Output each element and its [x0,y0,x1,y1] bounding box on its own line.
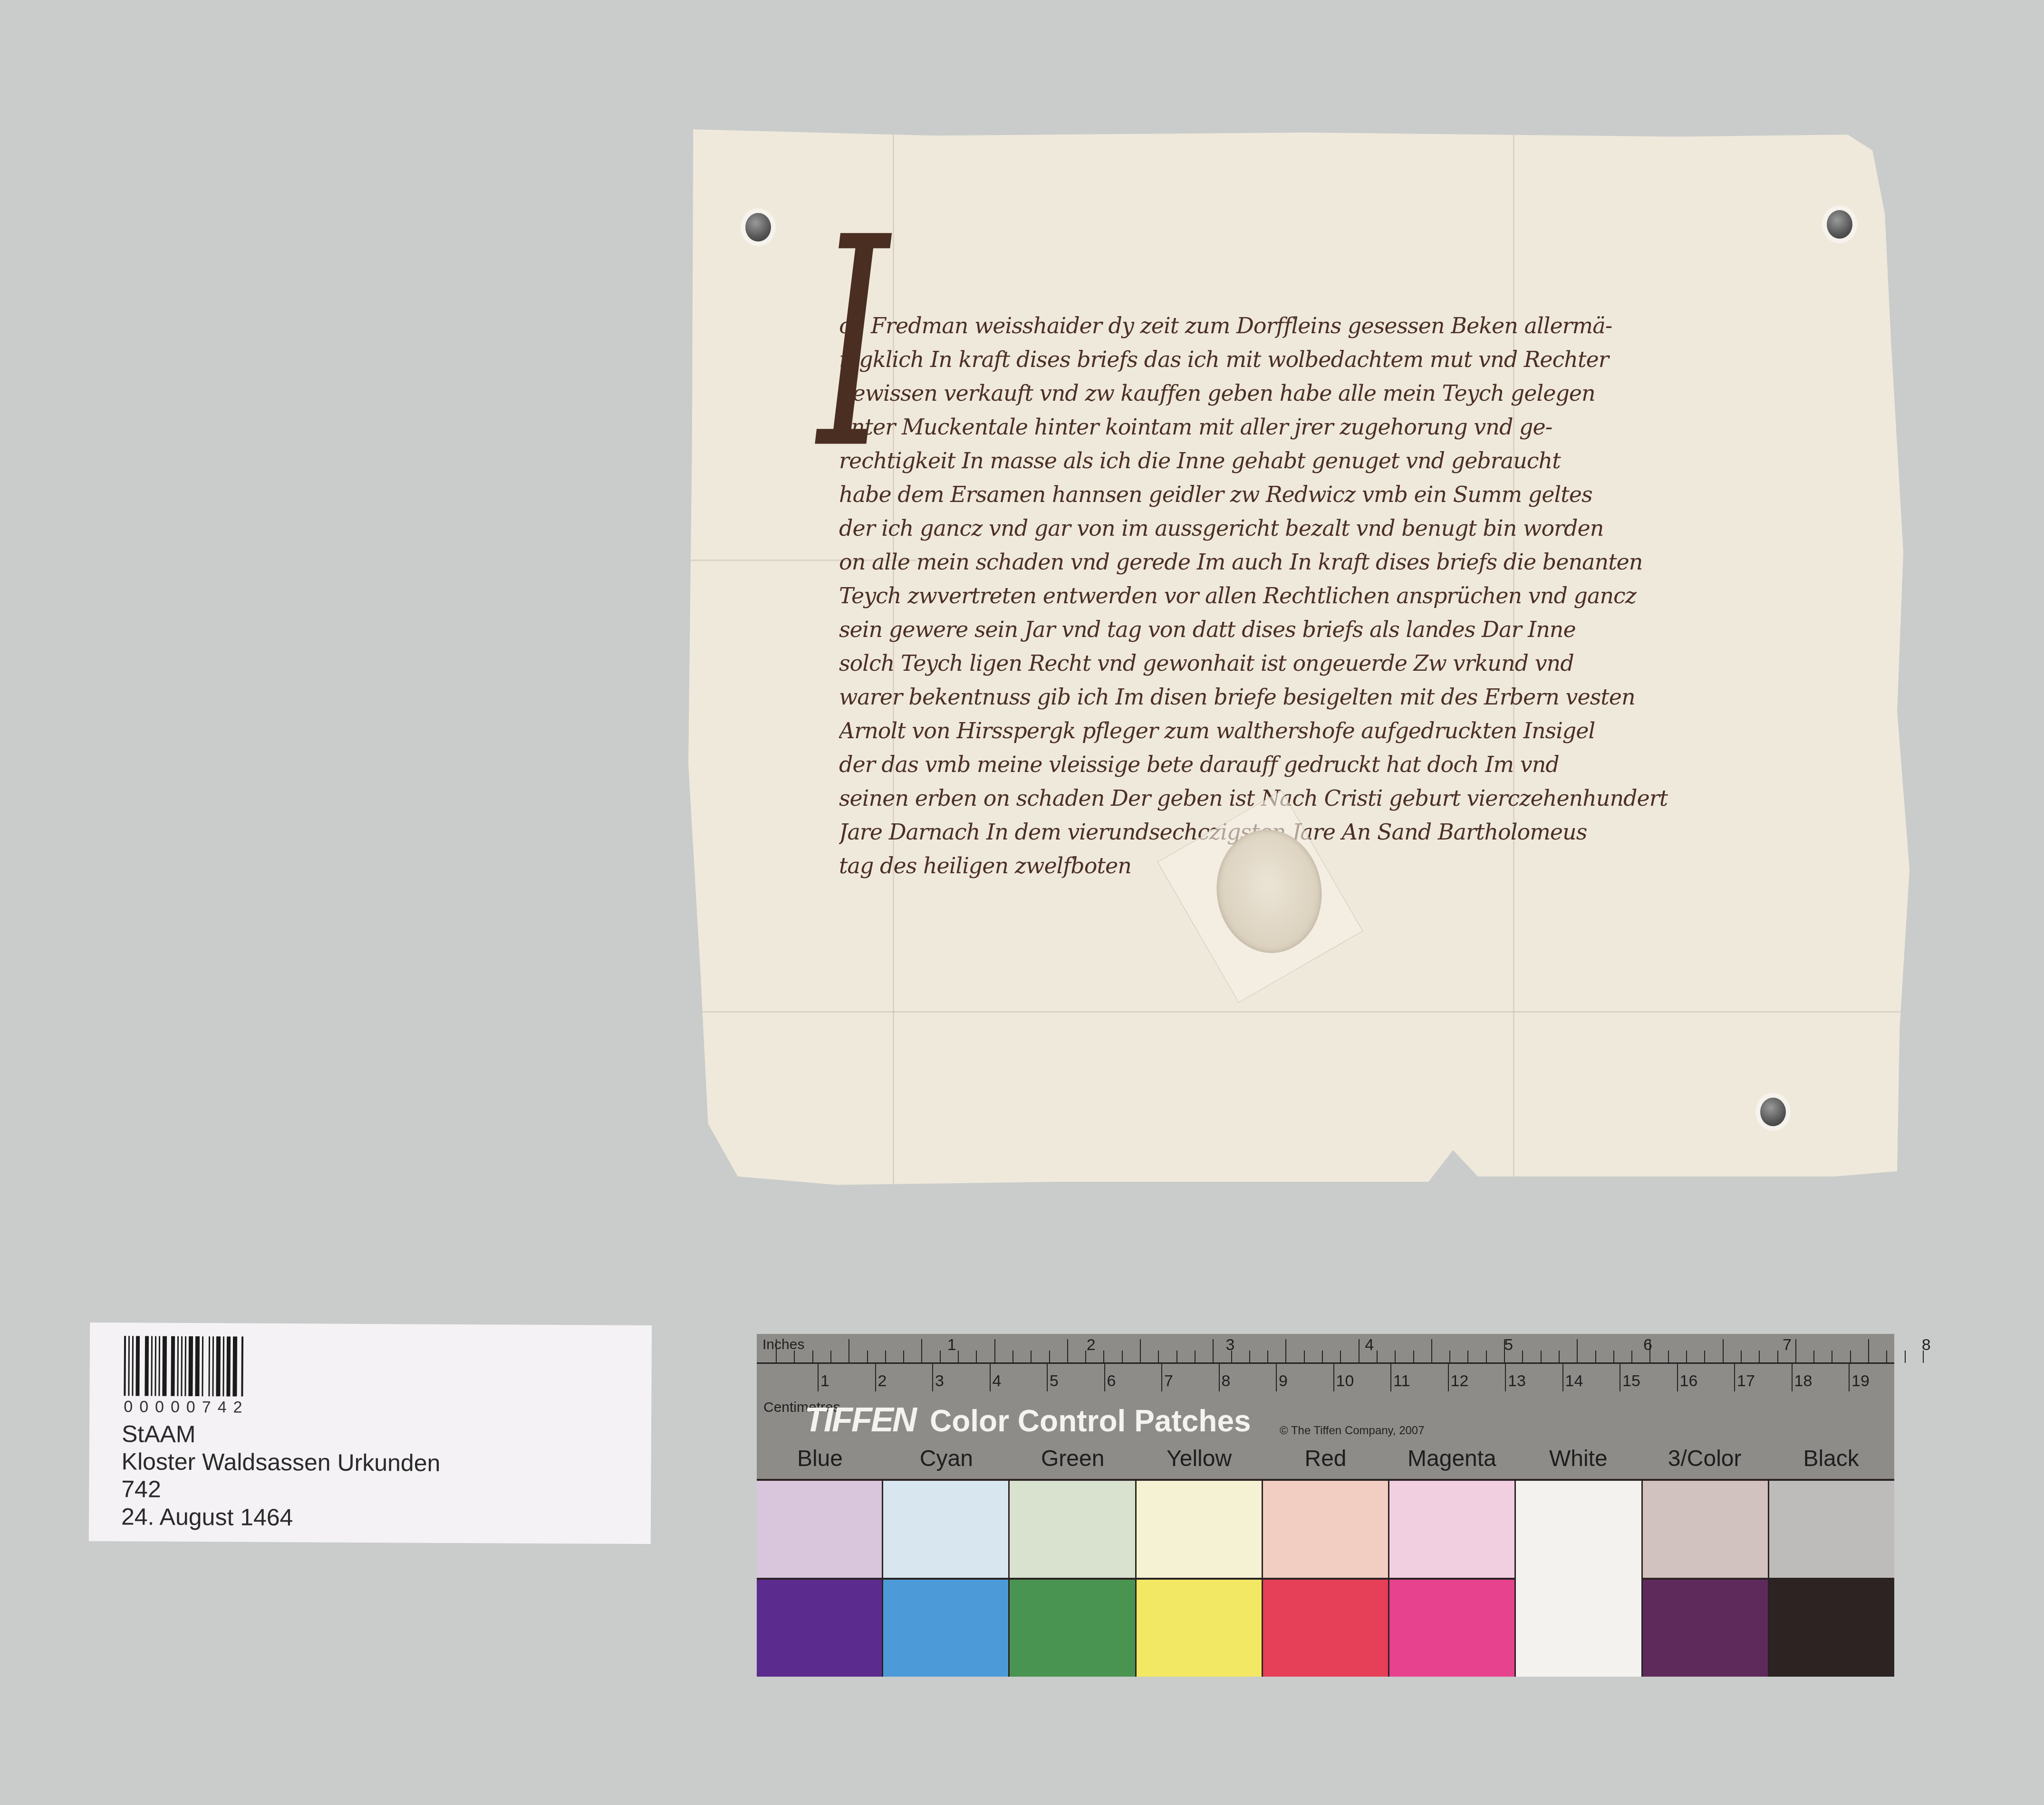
inch-tick [1359,1339,1359,1363]
cm-tick-label: 14 [1565,1372,1583,1390]
inch-tick [994,1339,995,1363]
text-line: on alle mein schaden vnd gerede Im auch … [839,545,1894,579]
ruler: Inches 123456781234567891011121314151617… [757,1334,1894,1396]
light-patch [883,1481,1008,1580]
patch-label: Magenta [1388,1446,1515,1472]
inch-tick [1231,1351,1232,1363]
inch-tick [1868,1339,1869,1363]
cm-tick [818,1364,819,1391]
light-patch [1516,1481,1641,1579]
inch-tick [867,1351,868,1363]
cm-tick-label: 7 [1164,1372,1173,1390]
cm-tick-label: 5 [1050,1372,1059,1390]
text-line: Teych zwvertreten entwerden vor allen Re… [839,579,1894,613]
patch-column [1010,1481,1136,1677]
cm-tick [1219,1364,1220,1391]
inch-tick [1850,1351,1851,1363]
cm-tick-label: 18 [1794,1372,1813,1390]
patch-labels: Blue Cyan Green Yellow Red Magenta White… [757,1446,1894,1472]
inch-tick [1595,1351,1596,1363]
barcode-number: 00000742 [124,1398,223,1417]
inch-tick [1686,1351,1687,1363]
light-patch [1389,1481,1514,1580]
patch-column [883,1481,1010,1677]
document-number: 742 [121,1475,440,1505]
cm-tick-label: 12 [1451,1372,1469,1390]
inch-tick [1631,1351,1632,1363]
inch-tick [1085,1351,1086,1363]
inch-tick [1613,1351,1614,1363]
patch-column [1137,1481,1263,1677]
patch-column [1516,1481,1642,1677]
patch-column [1389,1481,1516,1677]
text-line: seinen erben on schaden Der geben ist Na… [839,782,1894,815]
inch-tick [1777,1351,1778,1363]
cm-tick-label: 10 [1336,1372,1354,1390]
saturated-patch [1010,1580,1135,1677]
cm-tick [932,1364,933,1391]
cm-tick-label: 2 [878,1372,887,1390]
inch-tick [1649,1339,1650,1363]
inch-tick-label: 3 [1226,1336,1235,1354]
light-patch [1769,1481,1894,1580]
color-patches [757,1479,1894,1677]
color-control-chart: Inches 123456781234567891011121314151617… [757,1334,1894,1675]
inch-tick-label: 6 [1643,1336,1652,1354]
saturated-patch [1263,1580,1388,1677]
inch-tick [1467,1351,1468,1363]
inch-tick [776,1339,777,1363]
cm-tick [1620,1364,1620,1391]
inch-tick-label: 2 [1087,1336,1096,1354]
patch-column [1769,1481,1894,1677]
document-date: 24. August 1464 [121,1503,440,1532]
light-patch [1643,1481,1768,1580]
magnet-pin-icon [745,213,771,241]
inches-label: Inches [762,1337,804,1353]
light-patch [1137,1481,1262,1580]
cm-tick [1792,1364,1793,1391]
text-line: rechtigkeit In masse als ich die Inne ge… [839,444,1894,478]
saturated-patch [1643,1580,1768,1677]
patch-label: 3/Color [1641,1446,1768,1472]
saturated-patch [883,1580,1008,1677]
inch-tick [1031,1351,1032,1363]
inch-tick [1431,1339,1432,1363]
inch-tick-label: 1 [947,1336,956,1354]
cm-tick [1505,1364,1506,1391]
inch-tick [1741,1351,1742,1363]
cm-tick [1562,1364,1563,1391]
text-line: Arnolt von Hirsspergk pfleger zum walthe… [839,714,1894,748]
inch-tick [903,1351,904,1363]
inch-tick [1304,1351,1305,1363]
patch-label: Green [1010,1446,1136,1472]
patch-column [1643,1481,1769,1677]
text-line: ch Fredman weisshaider dy zeit zum Dorff… [839,309,1894,343]
charter-text: ch Fredman weisshaider dy zeit zum Dorff… [839,309,1894,883]
inch-tick [1923,1351,1924,1363]
inch-tick [1158,1351,1159,1363]
cm-tick [1390,1364,1391,1391]
saturated-patch [1137,1580,1262,1677]
patch-label: Black [1768,1446,1894,1472]
inch-tick [1905,1351,1906,1363]
cm-tick [1849,1364,1850,1391]
inch-tick [1541,1351,1542,1363]
light-patch [1010,1481,1135,1580]
text-line: Jare Darnach In dem vierundsechczigsten … [839,815,1894,849]
chart-title: Color Control Patches [930,1403,1251,1438]
fold-crease [688,1011,1922,1013]
light-patch [757,1481,882,1580]
cm-tick [875,1364,876,1391]
saturated-patch [1769,1580,1894,1677]
text-line: gewissen verkauft vnd zw kauffen geben h… [839,376,1894,410]
inch-tick [1249,1351,1250,1363]
inch-tick [1140,1339,1141,1363]
saturated-patch [1389,1580,1514,1677]
label-text: StAAM Kloster Waldsassen Urkunden 742 24… [121,1420,441,1532]
text-line: tag des heiligen zwelfboten [839,849,1894,883]
inch-tick [1522,1351,1523,1363]
inch-tick [1486,1351,1487,1363]
patch-label: Cyan [883,1446,1010,1472]
cm-tick-label: 1 [820,1372,829,1390]
inch-tick [1285,1339,1286,1363]
light-patch [1263,1481,1388,1580]
ruler-line [757,1362,1894,1364]
inch-tick [1559,1351,1560,1363]
inch-tick [1213,1339,1214,1363]
patch-label: Blue [757,1446,883,1472]
patch-label: White [1515,1446,1641,1472]
cm-tick [1677,1364,1678,1391]
inch-tick [794,1351,795,1363]
text-line: vnter Muckentale hinter kointam mit alle… [839,410,1894,444]
tiffen-logo: TIFFEN [804,1400,916,1439]
cm-tick [990,1364,991,1391]
saturated-patch [757,1580,882,1677]
inch-tick [1795,1339,1796,1363]
inch-tick-label: 4 [1365,1336,1374,1354]
inch-tick [885,1351,886,1363]
cm-tick [1734,1364,1735,1391]
inch-tick [1668,1351,1669,1363]
inch-tick [1012,1351,1013,1363]
cm-tick [1333,1364,1334,1391]
cm-tick-label: 9 [1279,1372,1288,1390]
patch-column [1263,1481,1389,1677]
text-line: habe dem Ersamen hannsen geidler zw Redw… [839,478,1894,512]
cm-tick [1047,1364,1048,1391]
inch-tick [1122,1351,1123,1363]
inch-tick [1195,1351,1196,1363]
cm-tick [1448,1364,1449,1391]
inch-tick [830,1351,831,1363]
inch-tick [1704,1351,1705,1363]
magnet-pin-icon [1827,210,1852,239]
inch-tick [1049,1351,1050,1363]
barcode-icon [124,1336,246,1396]
text-line: sein gewere sein Jar vnd tag von datt di… [839,613,1894,647]
inch-tick-label: 7 [1783,1336,1792,1354]
inch-tick [1176,1351,1177,1363]
cm-tick-label: 6 [1107,1372,1116,1390]
cm-tick [1161,1364,1162,1391]
text-line: der das vmb meine vleissige bete darauff… [839,748,1894,782]
cm-tick-label: 3 [935,1372,944,1390]
inch-tick [1577,1339,1578,1363]
inch-tick [1267,1351,1268,1363]
magnet-pin-icon [1760,1098,1786,1126]
inch-tick [848,1339,849,1363]
inch-tick [1377,1351,1378,1363]
patch-label: Yellow [1136,1446,1263,1472]
inch-tick [921,1339,922,1363]
inch-tick [1813,1351,1814,1363]
inch-tick [940,1351,941,1363]
text-line: solch Teych ligen Recht vnd gewonhait is… [839,647,1894,680]
cm-tick-label: 19 [1851,1372,1870,1390]
cm-tick-label: 16 [1680,1372,1698,1390]
text-line: der ich gancz vnd gar von im aussgericht… [839,512,1894,545]
inch-tick [976,1351,977,1363]
cm-tick [1104,1364,1105,1391]
inch-tick [1886,1351,1887,1363]
patch-column [757,1481,883,1677]
inch-tick [1832,1351,1832,1363]
inch-tick [1322,1351,1323,1363]
inch-tick [1413,1351,1414,1363]
inch-tick [1103,1351,1104,1363]
cm-tick-label: 13 [1508,1372,1526,1390]
cm-tick-label: 4 [993,1372,1002,1390]
inch-tick-label: 5 [1504,1336,1513,1354]
collection-name: Kloster Waldsassen Urkunden [122,1448,441,1477]
cm-tick-label: 8 [1222,1372,1231,1390]
cm-tick-label: 15 [1622,1372,1640,1390]
cm-tick-label: 11 [1393,1372,1410,1390]
cm-tick-label: 17 [1737,1372,1755,1390]
inch-tick [812,1351,813,1363]
brand: TIFFEN Color Control Patches [804,1400,1251,1439]
inch-tick [1759,1351,1760,1363]
patch-label: Red [1263,1446,1389,1472]
inch-tick [958,1351,959,1363]
inch-tick [1395,1351,1396,1363]
cm-tick [1276,1364,1277,1391]
text-line: warer bekentnuss gib ich Im disen briefe… [839,680,1894,714]
inch-tick [1504,1339,1505,1363]
copyright: © The Tiffen Company, 2007 [1280,1424,1425,1438]
saturated-patch [1516,1579,1641,1677]
inch-tick [1340,1351,1341,1363]
inch-tick [1067,1339,1068,1363]
inch-tick [1449,1351,1450,1363]
inch-tick [1723,1339,1724,1363]
archive-name: StAAM [122,1420,441,1449]
text-line: nigklich In kraft dises briefs das ich m… [839,343,1894,376]
archive-label: 00000742 StAAM Kloster Waldsassen Urkund… [89,1322,652,1544]
